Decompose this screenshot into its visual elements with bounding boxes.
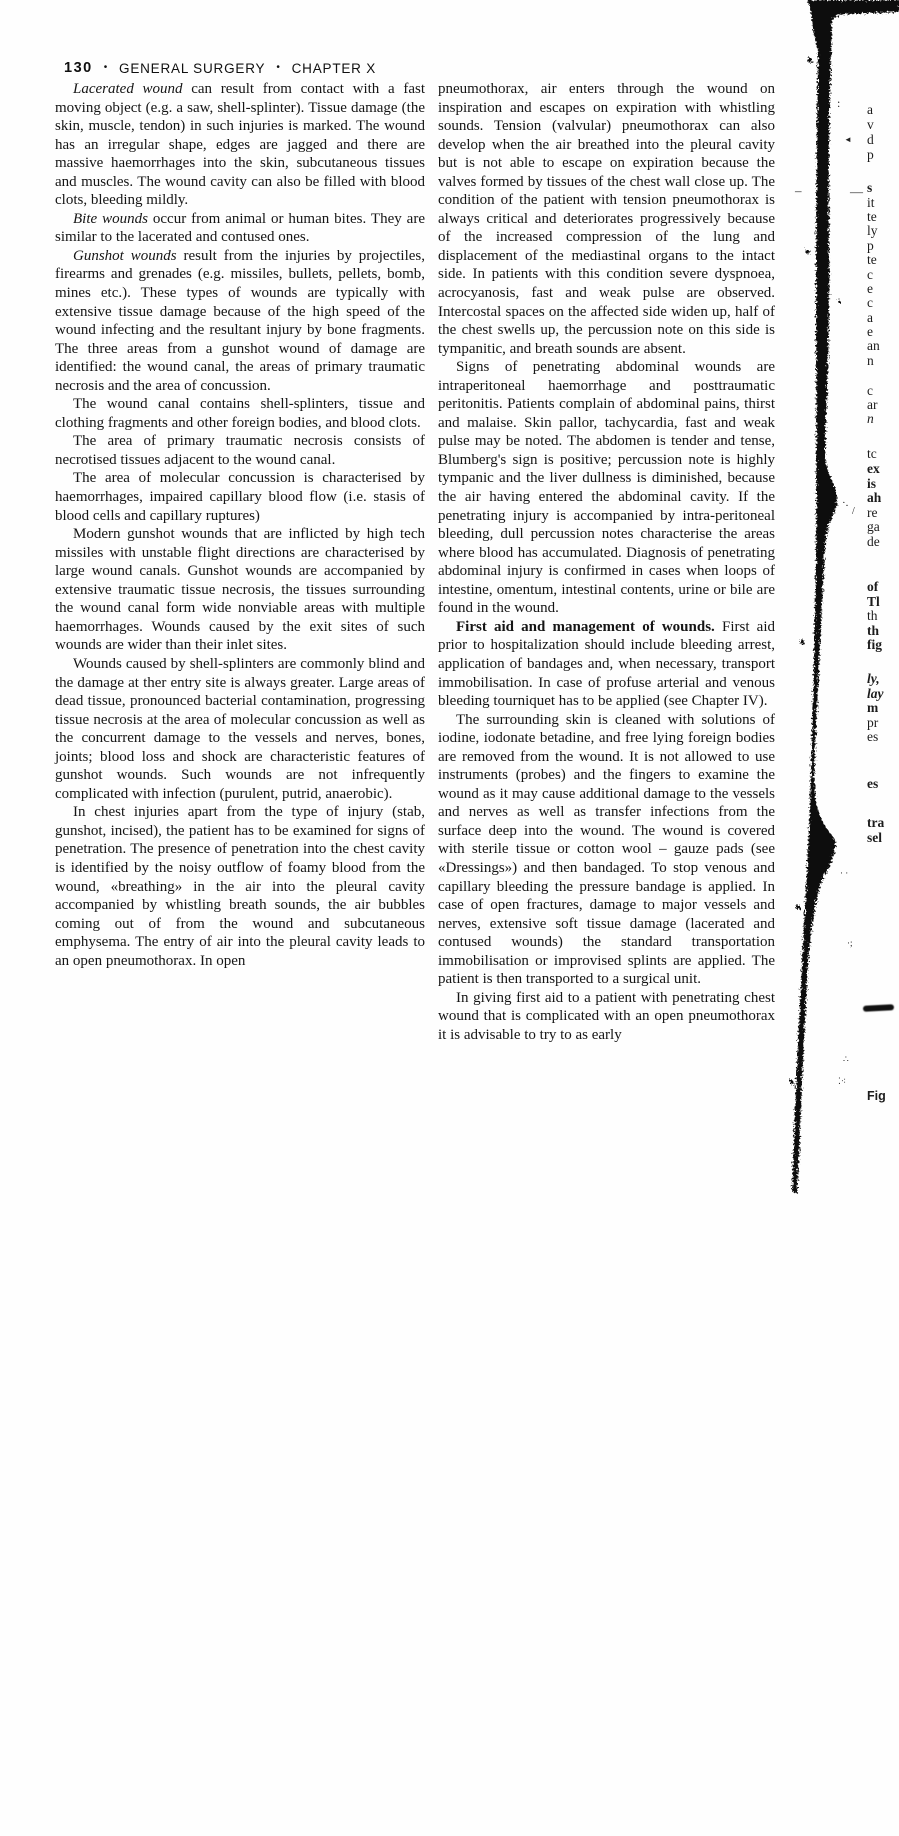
edge-fragment: a <box>867 311 873 324</box>
edge-fragment: th <box>867 624 879 637</box>
scan-smudge <box>863 1004 894 1012</box>
paragraph: The area of molecular concussion is char… <box>55 469 425 525</box>
edge-fragment: e <box>867 325 873 338</box>
edge-fragment: ah <box>867 491 881 504</box>
edge-fragment: e <box>867 282 873 295</box>
edge-fragment: of <box>867 580 878 593</box>
chapter-label: CHAPTER X <box>292 61 376 76</box>
edge-fragment: pr <box>867 716 878 729</box>
scanned-book-page: 130 • GENERAL SURGERY • CHAPTER X Lacera… <box>0 0 899 1836</box>
edge-fragment: ga <box>867 520 880 533</box>
edge-fragment: te <box>867 253 877 266</box>
scan-speck: — <box>850 184 863 200</box>
edge-fragment: sel <box>867 831 882 844</box>
paragraph: Lacerated wound can result from contact … <box>55 80 425 210</box>
page-number: 130 <box>64 60 93 76</box>
edge-fragment: tc <box>867 447 877 460</box>
paragraph: Gunshot wounds result from the injuries … <box>55 247 425 395</box>
edge-fragment: es <box>867 777 878 790</box>
paragraph-lead: Lacerated wound <box>73 81 183 97</box>
running-head: 130 • GENERAL SURGERY • CHAPTER X <box>64 60 376 76</box>
edge-fragment: a <box>867 103 873 116</box>
scan-speck: · · <box>840 868 848 878</box>
right-text-column: pneumothorax, air enters through the wou… <box>438 80 775 1044</box>
book-title: GENERAL SURGERY <box>119 61 265 76</box>
scan-speck: ·; <box>847 938 853 948</box>
separator-dot: • <box>104 62 108 73</box>
edge-fragment: n <box>867 412 874 425</box>
edge-fragment: s <box>867 181 872 194</box>
edge-fragment: it <box>867 196 875 209</box>
scan-speck: : <box>837 96 840 111</box>
edge-fragment: v <box>867 118 874 131</box>
edge-fragment: n <box>867 354 874 367</box>
scan-speck: – <box>795 183 802 199</box>
edge-fragment: ly <box>867 224 878 237</box>
edge-fragment: Tl <box>867 595 880 608</box>
paragraph: In chest injuries apart from the type of… <box>55 803 425 970</box>
edge-fragment: c <box>867 384 873 397</box>
edge-fragment: fig <box>867 638 882 651</box>
scan-speck: ⁚⁖ <box>838 1076 846 1087</box>
spine-streak <box>792 0 837 1193</box>
edge-fragment: ly, <box>867 672 880 685</box>
paragraph: In giving first aid to a patient with pe… <box>438 989 775 1045</box>
edge-fragment: an <box>867 339 880 352</box>
scan-speck: ∴ <box>843 1054 849 1065</box>
left-text-column: Lacerated wound can result from contact … <box>55 80 425 970</box>
paragraph: First aid and management of wounds. Firs… <box>438 618 775 711</box>
paragraph: The surrounding skin is cleaned with sol… <box>438 711 775 989</box>
edge-fragment: de <box>867 535 880 548</box>
paragraph: Signs of penetrating abdominal wounds ar… <box>438 358 775 618</box>
edge-fragment: c <box>867 268 873 281</box>
edge-fragment: te <box>867 210 877 223</box>
edge-fragment: tra <box>867 816 884 829</box>
edge-fragment: c <box>867 296 873 309</box>
paragraph-lead: Gunshot wounds <box>73 248 177 264</box>
edge-fragment: ex <box>867 462 880 475</box>
edge-fragment: p <box>867 239 874 252</box>
edge-fragment: ar <box>867 398 878 411</box>
edge-fragment: re <box>867 506 878 519</box>
edge-fragment: is <box>867 477 876 490</box>
edge-fragment: m <box>867 701 878 714</box>
paragraph-lead: Bite wounds <box>73 211 148 227</box>
paragraph: The wound canal contains shell-splinters… <box>55 395 425 432</box>
edge-fragment: d <box>867 133 874 146</box>
scan-speck: / <box>852 506 855 517</box>
top-corner-bar <box>807 0 899 50</box>
edge-fragment: lay <box>867 687 884 700</box>
edge-fragment: p <box>867 148 874 161</box>
paragraph: Bite wounds occur from animal or human b… <box>55 210 425 247</box>
paragraph: Modern gunshot wounds that are inflicted… <box>55 525 425 655</box>
separator-dot: • <box>276 62 280 73</box>
edge-fragment: es <box>867 730 878 743</box>
paragraph-lead: First aid and management of wounds. <box>456 619 715 635</box>
edge-fragment: th <box>867 609 878 622</box>
scan-speck: ·. <box>842 497 848 509</box>
paragraph: The area of primary traumatic necrosis c… <box>55 432 425 469</box>
paragraph: Wounds caused by shell-splinters are com… <box>55 655 425 803</box>
scan-speck: ◄ <box>844 135 852 144</box>
edge-fragment: Fig <box>867 1090 886 1103</box>
paragraph: pneumothorax, air enters through the wou… <box>438 80 775 358</box>
